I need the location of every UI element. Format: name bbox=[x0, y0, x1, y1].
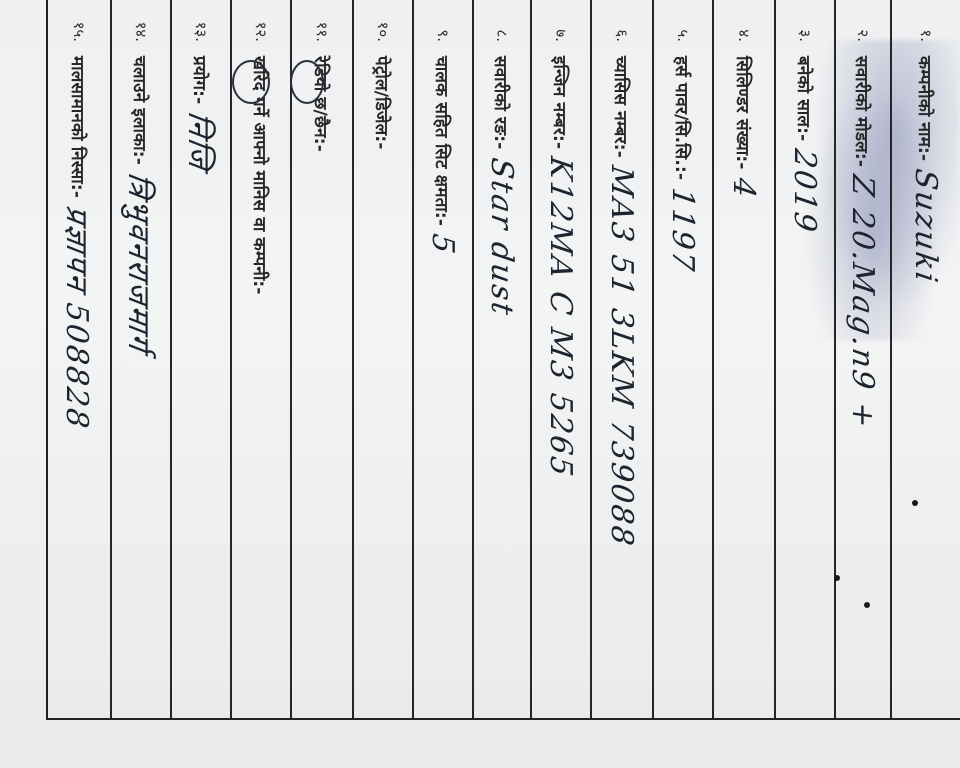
form-row-radio: ११. रेडियो छ/छैन:- bbox=[292, 0, 354, 718]
row-value: 2019 bbox=[788, 147, 823, 236]
form-row-engine-number: ७. इन्जिन नम्बर:- K12MA C M3 5265 bbox=[532, 0, 592, 718]
row-value: K12MA C M3 5265 bbox=[544, 155, 579, 481]
row-value: MA3 51 3LKM 739088 bbox=[605, 164, 640, 550]
scanned-form-sheet: १. कम्पनीको नाम:- Suzuki २. सवारीको मोडल… bbox=[0, 0, 960, 768]
row-number: १३. bbox=[191, 0, 211, 56]
row-number: ३. bbox=[795, 0, 815, 56]
row-value: निजि bbox=[181, 109, 222, 173]
row-number: १. bbox=[916, 0, 936, 56]
row-label: हर्स पावर/सि.सि.:- bbox=[672, 56, 695, 180]
form-row-operating-area: १४. चलाउने इलाका:- त्रिभुवनराजमार्ग bbox=[112, 0, 172, 718]
ink-dot bbox=[864, 602, 870, 608]
form-row-cylinder-count: ४. सिलिण्डर संख्या:- 4 bbox=[714, 0, 776, 718]
row-value: त्रिभुवनराजमार्ग bbox=[121, 170, 162, 355]
row-label: खरिद गर्ने आफ्नो मानिस वा कम्पनी:- bbox=[250, 56, 273, 295]
form-row-goods-receipt: १५. मालसामानको निस्सा:- प्रज्ञापन 508828 bbox=[48, 0, 112, 718]
row-number: ५. bbox=[673, 0, 693, 56]
form-row-manufacture-year: ३. बनेको साल:- 2019 bbox=[776, 0, 836, 718]
row-number: १४. bbox=[131, 0, 151, 56]
vehicle-details-table: १. कम्पनीको नाम:- Suzuki २. सवारीको मोडल… bbox=[46, 0, 960, 720]
row-number: १२. bbox=[251, 0, 271, 56]
row-number: २. bbox=[853, 0, 873, 56]
row-label: पेट्रोल/डिजेल:- bbox=[372, 56, 395, 150]
ink-dot bbox=[834, 575, 840, 581]
row-label: कम्पनीको नाम:- bbox=[915, 56, 938, 161]
form-row-horsepower-cc: ५. हर्स पावर/सि.सि.:- 1197 bbox=[654, 0, 714, 718]
row-value: 1197 bbox=[666, 186, 701, 275]
row-label: मालसामानको निस्सा:- bbox=[68, 56, 91, 198]
row-label: बनेको साल:- bbox=[794, 56, 817, 141]
form-row-usage: १३. प्रयोग:- निजि bbox=[172, 0, 232, 718]
row-value: 4 bbox=[727, 175, 762, 201]
row-number: १५. bbox=[69, 0, 89, 56]
row-label: सवारीको मोडल:- bbox=[852, 56, 875, 167]
row-label: सिलिण्डर संख्या:- bbox=[733, 56, 756, 170]
form-row-seat-capacity: ९. चालक सहित सिट क्षमता:- 5 bbox=[414, 0, 474, 718]
row-number: ४. bbox=[734, 0, 754, 56]
row-number: ११. bbox=[312, 0, 332, 56]
row-value: Star dust bbox=[485, 155, 520, 318]
row-value: Z 20.Mag.n9 + bbox=[846, 173, 881, 432]
form-row-company-name: १. कम्पनीको नाम:- Suzuki bbox=[892, 0, 960, 718]
row-value: Suzuki bbox=[909, 167, 944, 287]
ink-dot bbox=[912, 500, 918, 506]
row-label: च्यासिस नम्बर:- bbox=[611, 56, 634, 158]
row-label: प्रयोग:- bbox=[190, 56, 213, 104]
row-label: रेडियो छ/छैन:- bbox=[311, 56, 334, 152]
row-label: चालक सहित सिट क्षमता:- bbox=[432, 56, 455, 226]
row-number: ८. bbox=[492, 0, 512, 56]
row-label: इन्जिन नम्बर:- bbox=[550, 56, 573, 149]
row-label: सवारीको रङ:- bbox=[491, 56, 514, 150]
form-row-purchaser: १२. खरिद गर्ने आफ्नो मानिस वा कम्पनी:- bbox=[232, 0, 292, 718]
row-value: प्रज्ञापन 508828 bbox=[59, 203, 100, 433]
form-row-vehicle-color: ८. सवारीको रङ:- Star dust bbox=[474, 0, 532, 718]
form-row-chassis-number: ६. च्यासिस नम्बर:- MA3 51 3LKM 739088 bbox=[592, 0, 654, 718]
row-number: ६. bbox=[612, 0, 632, 56]
form-row-vehicle-model: २. सवारीको मोडल:- Z 20.Mag.n9 + bbox=[836, 0, 892, 718]
row-number: ९. bbox=[433, 0, 453, 56]
row-number: ७. bbox=[551, 0, 571, 56]
form-row-fuel-type: १०. पेट्रोल/डिजेल:- bbox=[354, 0, 414, 718]
row-label: चलाउने इलाका:- bbox=[130, 56, 153, 165]
row-number: १०. bbox=[373, 0, 393, 56]
row-value: 5 bbox=[426, 232, 461, 258]
